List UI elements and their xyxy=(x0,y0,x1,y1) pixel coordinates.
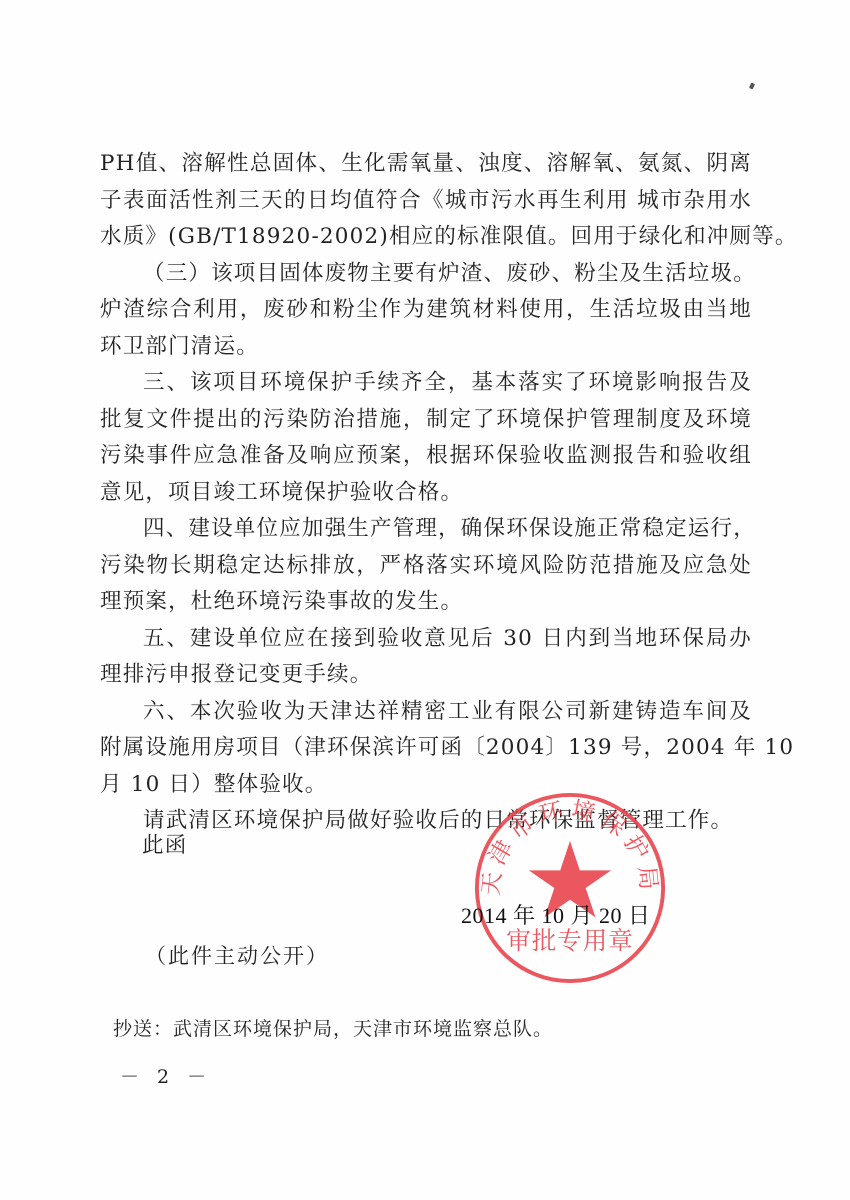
cc-recipients: 抄送：武清区环境保护局，天津市环境监察总队。 xyxy=(113,1014,553,1041)
body-line-13: 理预案，杜绝环境污染事故的发生。 xyxy=(100,584,752,621)
body-line-1: PH值、溶解性总固体、生化需氧量、浊度、溶解氧、氨氮、阴离 xyxy=(100,146,752,183)
body-line-11: 四、建设单位应加强生产管理，确保环保设施正常稳定运行， xyxy=(100,511,752,548)
body-line-4: （三）该项目固体废物主要有炉渣、废砂、粉尘及生活垃圾。 xyxy=(100,256,752,293)
body-line-17: 附属设施用房项目（津环保滨许可函〔2004〕139 号，2004 年 10 xyxy=(100,730,752,767)
page-number: － 2 － xyxy=(120,1062,212,1089)
body-line-2: 子表面活性剂三天的日均值符合《城市污水再生利用 城市杂用水 xyxy=(100,183,752,220)
body-line-16: 六、本次验收为天津达祥精密工业有限公司新建铸造车间及 xyxy=(100,694,752,731)
document-page: PH值、溶解性总固体、生化需氧量、浊度、溶解氧、氨氮、阴离 子表面活性剂三天的日… xyxy=(0,0,850,1200)
seal-center-text: 审批专用章 xyxy=(506,926,633,955)
body-line-15: 理排污申报登记变更手续。 xyxy=(100,657,752,694)
body-line-6: 环卫部门清运。 xyxy=(100,329,752,366)
official-seal: 天津市环境保护局 审批专用章 xyxy=(472,790,668,986)
body-line-12: 污染物长期稳定达标排放，严格落实环境风险防范措施及应急处 xyxy=(100,548,752,585)
body-line-7: 三、该项目环境保护手续齐全，基本落实了环境影响报告及 xyxy=(100,365,752,402)
document-body: PH值、溶解性总固体、生化需氧量、浊度、溶解氧、氨氮、阴离 子表面活性剂三天的日… xyxy=(100,146,752,840)
body-line-14: 五、建设单位应在接到验收意见后 30 日内到当地环保局办 xyxy=(100,621,752,658)
issue-date: 2014 年 10 月 20 日 xyxy=(461,899,651,930)
public-disclosure-note: （此件主动公开） xyxy=(145,940,329,970)
scan-mark xyxy=(749,82,755,89)
body-line-5: 炉渣综合利用，废砂和粉尘作为建筑材料使用，生活垃圾由当地 xyxy=(100,292,752,329)
body-line-10: 意见，项目竣工环境保护验收合格。 xyxy=(100,475,752,512)
closing-phrase: 此函 xyxy=(142,828,187,864)
body-line-3: 水质》(GB/T18920-2002)相应的标准限值。回用于绿化和冲厕等。 xyxy=(100,219,752,256)
body-line-9: 污染事件应急准备及响应预案，根据环保验收监测报告和验收组 xyxy=(100,438,752,475)
body-line-8: 批复文件提出的污染防治措施，制定了环境保护管理制度及环境 xyxy=(100,402,752,439)
